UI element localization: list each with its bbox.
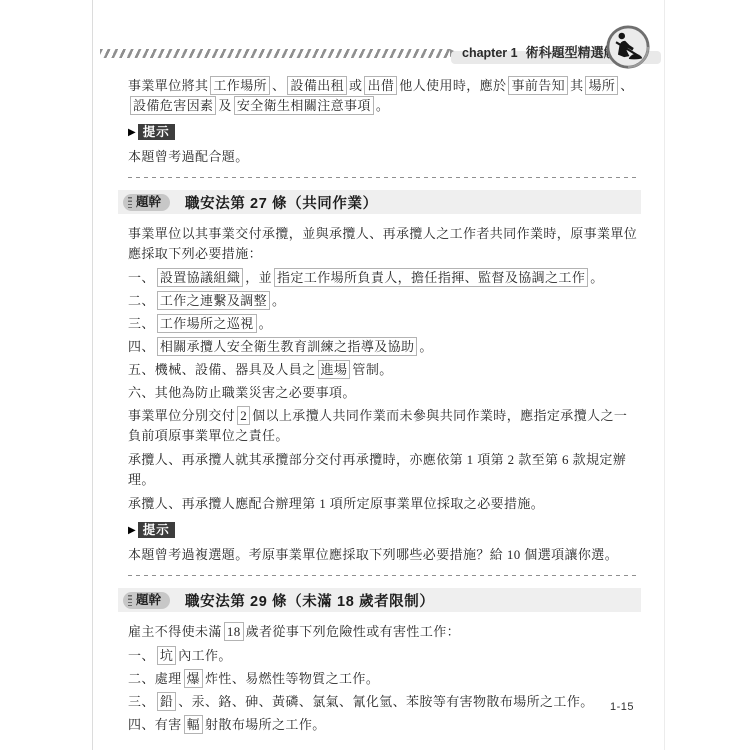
page-header: chapter 1術科題型精選解析 [95, 40, 663, 66]
book-page: chapter 1術科題型精選解析 事業單位將其工作場所、設備出租或出借他人使用… [95, 40, 663, 735]
fill-in-blank-term: 鉛 [157, 692, 176, 711]
fill-in-blank-term: 工作之連繫及調整 [157, 291, 270, 310]
text-run: 、汞、鉻、砷、黃磷、氯氣、氰化氫、苯胺等有害物散布場所之工作。 [178, 694, 593, 709]
text-run: 事業單位分別交付 [128, 408, 235, 423]
text-run: 本題曾考過複選題。考原事業單位應採取下列哪些必要措施？給 10 個選項讓你選。 [128, 547, 618, 562]
fill-in-blank-term: 工作場所之巡視 [157, 314, 257, 333]
text-run: 管制。 [352, 362, 392, 377]
text-run: 一、 [128, 648, 155, 663]
list-item: 二、工作之連繫及調整。 [128, 291, 639, 311]
text-run: 六、其他為防止職業災害之必要事項。 [128, 385, 356, 400]
section-title: 職安法第 29 條（未滿 18 歲者限制） [185, 590, 434, 611]
text-run: 、 [620, 78, 633, 93]
list-item: 一、坑內工作。 [128, 646, 639, 666]
text-run: 。 [590, 270, 603, 285]
stem-badge-label: 題幹 [136, 593, 161, 608]
text-run: 五、機械、設備、器具及人員之 [128, 362, 316, 377]
hint-label-text: 提示 [138, 124, 175, 140]
text-run: 。 [376, 98, 389, 113]
text-run: 、 [272, 78, 285, 93]
text-run: 。 [419, 339, 432, 354]
text-run: 事業單位以其事業交付承攬，並與承攬人、再承攬人之工作者共同作業時，原事業單位應採… [128, 226, 637, 261]
fill-in-blank-term: 爆 [184, 669, 203, 688]
text-run: 內工作。 [178, 648, 232, 663]
stem-badge-binding-dashes [128, 595, 132, 606]
text-run: 事業單位將其 [128, 78, 208, 93]
hint-arrow-icon: ▶ [128, 525, 136, 536]
text-run: 雇主不得使未滿 [128, 624, 222, 639]
text-run: 。 [259, 316, 272, 331]
dashed-divider [128, 575, 639, 577]
fill-in-blank-term: 設備出租 [287, 76, 347, 95]
page-edge-line-right [664, 0, 665, 750]
fill-in-blank-term: 2 [237, 406, 250, 425]
paragraph: 雇主不得使未滿18歲者從事下列危險性或有害性工作： [128, 622, 639, 642]
text-run: 一、 [128, 270, 155, 285]
paragraph: 本題曾考過配合題。 [128, 147, 639, 167]
fill-in-blank-term: 安全衛生相關注意事項 [234, 96, 374, 115]
fill-in-blank-term: 工作場所 [210, 76, 270, 95]
paragraph: 事業單位將其工作場所、設備出租或出借他人使用時，應於事前告知其場所、設備危害因素… [128, 76, 639, 116]
list-item: 一、設置協議組織，並指定工作場所負責人，擔任指揮、監督及協調之工作。 [128, 268, 639, 288]
fill-in-blank-term: 18 [224, 622, 244, 641]
list-item: 五、機械、設備、器具及人員之進場管制。 [128, 360, 639, 380]
stem-badge: 題幹 [123, 592, 170, 609]
section-title: 職安法第 27 條（共同作業） [185, 192, 378, 213]
list-item: 三、工作場所之巡視。 [128, 314, 639, 334]
fill-in-blank-term: 進場 [318, 360, 351, 379]
stripe-band [100, 49, 450, 58]
stem-badge: 題幹 [123, 194, 170, 211]
text-run: 歲者從事下列危險性或有害性工作： [246, 624, 460, 639]
page-number: 1-15 [610, 701, 634, 713]
paragraph: 事業單位分別交付2個以上承攬人共同作業而未參與共同作業時，應指定承攬人之一負前項… [128, 406, 639, 446]
text-run: 炸性、易燃性等物質之工作。 [205, 671, 379, 686]
text-run: 其 [570, 78, 583, 93]
paragraph: 承攬人、再承攬人就其承攬部分交付再承攬時，亦應依第 1 項第 2 款至第 6 款… [128, 450, 639, 490]
fill-in-blank-term: 設備危害因素 [130, 96, 216, 115]
text-run: 四、有害 [128, 717, 182, 732]
hint-label: ▶提示 [128, 123, 639, 142]
text-run: ，並 [245, 270, 272, 285]
hint-label-text: 提示 [138, 522, 175, 538]
list-item: 三、鉛、汞、鉻、砷、黃磷、氯氣、氰化氫、苯胺等有害物散布場所之工作。 [128, 692, 639, 712]
text-run: 本題曾考過配合題。 [128, 149, 249, 164]
fill-in-blank-term: 出借 [364, 76, 397, 95]
stem-section-header: 題幹職安法第 27 條（共同作業） [118, 190, 641, 214]
chapter-label: chapter 1 [462, 46, 518, 60]
fill-in-blank-term: 指定工作場所負責人，擔任指揮、監督及協調之工作 [274, 268, 588, 287]
fill-in-blank-term: 相關承攬人安全衛生教育訓練之指導及協助 [157, 337, 418, 356]
text-run: 三、 [128, 316, 155, 331]
hint-arrow-icon: ▶ [128, 127, 136, 138]
text-run: 二、處理 [128, 671, 182, 686]
text-run: 四、 [128, 339, 155, 354]
text-run: 。 [272, 293, 285, 308]
fill-in-blank-term: 事前告知 [508, 76, 568, 95]
paragraph: 承攬人、再承攬人應配合辦理第 1 項所定原事業單位採取之必要措施。 [128, 494, 639, 514]
worker-digging-icon [605, 24, 651, 70]
text-run: 或 [349, 78, 362, 93]
hint-label: ▶提示 [128, 521, 639, 540]
fill-in-blank-term: 設置協議組織 [157, 268, 243, 287]
text-run: 三、 [128, 694, 155, 709]
fill-in-blank-term: 輻 [184, 715, 203, 734]
paragraph: 本題曾考過複選題。考原事業單位應採取下列哪些必要措施？給 10 個選項讓你選。 [128, 545, 639, 565]
stem-section-header: 題幹職安法第 29 條（未滿 18 歲者限制） [118, 588, 641, 612]
text-run: 及 [218, 98, 231, 113]
text-run: 他人使用時，應於 [399, 78, 506, 93]
stem-badge-label: 題幹 [136, 195, 161, 210]
fill-in-blank-term: 坑 [157, 646, 176, 665]
list-item: 四、有害輻射散布場所之工作。 [128, 715, 639, 735]
page-body: 事業單位將其工作場所、設備出租或出借他人使用時，應於事前告知其場所、設備危害因素… [95, 66, 663, 735]
paragraph: 事業單位以其事業交付承攬，並與承攬人、再承攬人之工作者共同作業時，原事業單位應採… [128, 224, 639, 264]
list-item: 六、其他為防止職業災害之必要事項。 [128, 383, 639, 403]
list-item: 四、相關承攬人安全衛生教育訓練之指導及協助。 [128, 337, 639, 357]
fill-in-blank-term: 場所 [585, 76, 618, 95]
text-run: 承攬人、再承攬人就其承攬部分交付再承攬時，亦應依第 1 項第 2 款至第 6 款… [128, 452, 626, 487]
page-edge-line-left [92, 0, 93, 750]
stem-badge-binding-dashes [128, 197, 132, 208]
list-item: 二、處理爆炸性、易燃性等物質之工作。 [128, 669, 639, 689]
text-run: 射散布場所之工作。 [205, 717, 326, 732]
text-run: 二、 [128, 293, 155, 308]
text-run: 承攬人、再承攬人應配合辦理第 1 項所定原事業單位採取之必要措施。 [128, 496, 544, 511]
dashed-divider [128, 177, 639, 179]
